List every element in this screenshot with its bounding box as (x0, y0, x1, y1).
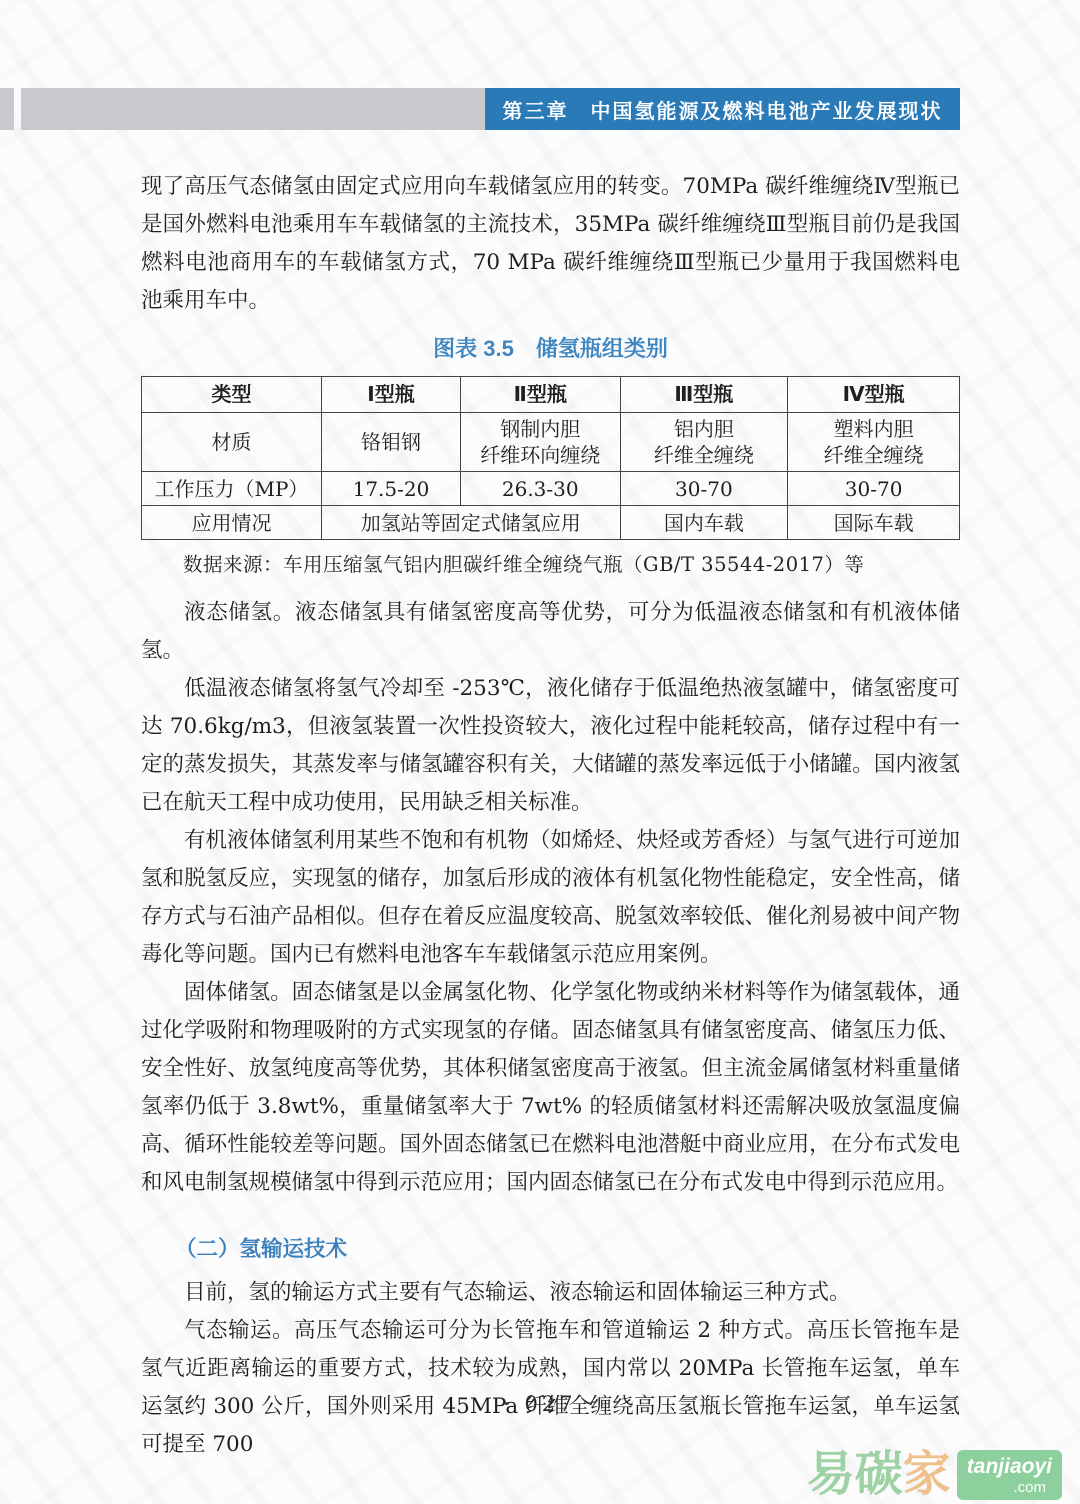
col-header-type: 类型 (142, 377, 322, 413)
watermark-text-orange: 家 (903, 1448, 951, 1501)
col-header-type2: Ⅱ型瓶 (461, 377, 621, 413)
chapter-title: 第三章 中国氢能源及燃料电池产业发展现状 (503, 95, 943, 124)
figure-caption: 图表 3.5 储氢瓶组类别 (141, 334, 960, 364)
watermark-text-green: 易碳 (807, 1448, 903, 1501)
site-watermark: 易碳家 tanjiaoyi .com (807, 1450, 1062, 1500)
cell-pressure-3: 30-70 (620, 472, 788, 506)
chapter-header-bar: 第三章 中国氢能源及燃料电池产业发展现状 (485, 88, 960, 130)
paragraph-3: 低温液态储氢将氢气冷却至 -253℃，液化储存于低温绝热液氢罐中，储氢密度可达 … (141, 670, 960, 822)
cell-pressure-1: 17.5-20 (321, 472, 460, 506)
page-number: · 027 · (141, 1392, 960, 1416)
table-header-row: 类型 Ⅰ型瓶 Ⅱ型瓶 Ⅲ型瓶 Ⅳ型瓶 (142, 377, 960, 413)
paragraph-7: 气态输运。高压气态输运可分为长管拖车和管道输运 2 种方式。高压长管拖车是氢气近… (141, 1312, 960, 1464)
col-header-type3: Ⅲ型瓶 (620, 377, 788, 413)
paragraph-1: 现了高压气态储氢由固定式应用向车载储氢应用的转变。70MPa 碳纤维缠绕Ⅳ型瓶已… (141, 168, 960, 320)
cell-material-4-line2: 纤维全缠绕 (792, 442, 955, 468)
row-label-application: 应用情况 (142, 506, 322, 540)
document-page: 第三章 中国氢能源及燃料电池产业发展现状 现了高压气态储氢由固定式应用向车载储氢… (0, 0, 1080, 1504)
watermark-badge-domain: tanjiaoyi (967, 1455, 1052, 1479)
cell-material-2-line2: 纤维环向缠绕 (465, 442, 616, 468)
row-label-material: 材质 (142, 413, 322, 472)
storage-bottle-table: 类型 Ⅰ型瓶 Ⅱ型瓶 Ⅲ型瓶 Ⅳ型瓶 材质 铬钼钢 钢制内胆 纤维环向缠绕 铝内… (141, 376, 960, 540)
section-heading: （二）氢输运技术 (141, 1232, 960, 1266)
header-gray-bar (21, 88, 485, 130)
table-row-pressure: 工作压力（MP） 17.5-20 26.3-30 30-70 30-70 (142, 472, 960, 506)
table-row-application: 应用情况 加氢站等固定式储氢应用 国内车载 国际车载 (142, 506, 960, 540)
watermark-badge: tanjiaoyi .com (957, 1450, 1062, 1500)
paragraph-6: 目前，氢的输运方式主要有气态输运、液态输运和固体输运三种方式。 (141, 1274, 960, 1312)
paragraph-4: 有机液体储氢利用某些不饱和有机物（如烯烃、炔烃或芳香烃）与氢气进行可逆加氢和脱氢… (141, 822, 960, 974)
cell-material-4-line1: 塑料内胆 (792, 416, 955, 442)
header-edge-chip (0, 88, 14, 130)
table-row-material: 材质 铬钼钢 钢制内胆 纤维环向缠绕 铝内胆 纤维全缠绕 塑料内胆 纤维全缠绕 (142, 413, 960, 472)
watermark-badge-tld: .com (967, 1479, 1052, 1496)
cell-application-4: 国际车载 (788, 506, 960, 540)
cell-material-2-line1: 钢制内胆 (465, 416, 616, 442)
page-content: 现了高压气态储氢由固定式应用向车载储氢应用的转变。70MPa 碳纤维缠绕Ⅳ型瓶已… (141, 168, 960, 1464)
cell-material-3-line1: 铝内胆 (625, 416, 784, 442)
row-label-pressure: 工作压力（MP） (142, 472, 322, 506)
table-source-note: 数据来源：车用压缩氢气铝内胆碳纤维全缠绕气瓶（GB/T 35544-2017）等 (141, 552, 960, 578)
col-header-type4: Ⅳ型瓶 (788, 377, 960, 413)
cell-application-3: 国内车载 (620, 506, 788, 540)
cell-material-2: 钢制内胆 纤维环向缠绕 (461, 413, 621, 472)
cell-pressure-2: 26.3-30 (461, 472, 621, 506)
cell-material-1: 铬钼钢 (321, 413, 460, 472)
col-header-type1: Ⅰ型瓶 (321, 377, 460, 413)
cell-material-3-line2: 纤维全缠绕 (625, 442, 784, 468)
cell-material-4: 塑料内胆 纤维全缠绕 (788, 413, 960, 472)
cell-pressure-4: 30-70 (788, 472, 960, 506)
cell-application-12: 加氢站等固定式储氢应用 (321, 506, 620, 540)
watermark-brand-text: 易碳家 (807, 1451, 951, 1499)
paragraph-2: 液态储氢。液态储氢具有储氢密度高等优势，可分为低温液态储氢和有机液体储氢。 (141, 594, 960, 670)
cell-material-3: 铝内胆 纤维全缠绕 (620, 413, 788, 472)
paragraph-5: 固体储氢。固态储氢是以金属氢化物、化学氢化物或纳米材料等作为储氢载体，通过化学吸… (141, 974, 960, 1202)
page-header-band: 第三章 中国氢能源及燃料电池产业发展现状 (0, 88, 1080, 130)
